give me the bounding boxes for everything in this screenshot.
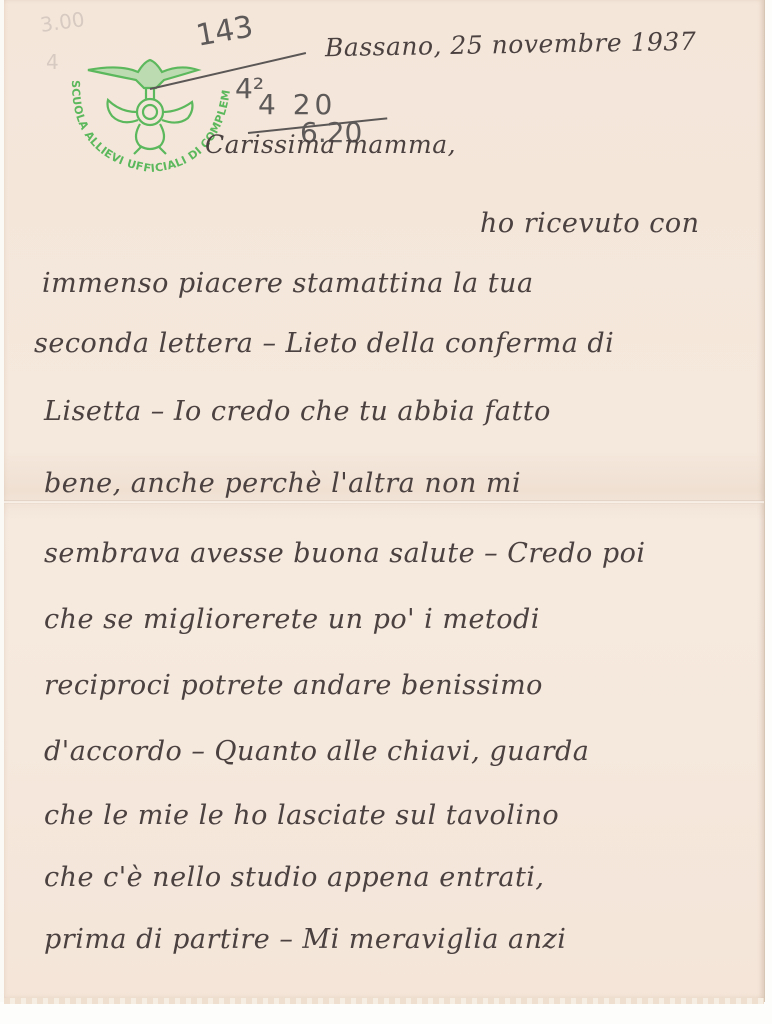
letter-line: immenso piacere stamattina la tua (42, 268, 534, 299)
letter-line: prima di partire – Mi meraviglia anzi (44, 924, 566, 955)
letter-line: sembrava avesse buona salute – Credo poi (44, 538, 646, 569)
letter-line: che se migliorerete un po' i metodi (44, 604, 540, 635)
eagle-over-hunting-horn-icon: SCUOLA ALLIEVI UFFICIALI DI COMPLEMENTO (60, 50, 240, 190)
letter-line: bene, anche perchè l'altra non mi (44, 468, 521, 499)
letter-line: che le mie le ho lasciate sul tavolino (44, 800, 559, 831)
paper-fold-line (4, 500, 764, 504)
letterhead-stamp: SCUOLA ALLIEVI UFFICIALI DI COMPLEMENTO (60, 50, 240, 190)
letter-line: Lisetta – Io credo che tu abbia fatto (44, 396, 551, 427)
letter-line: reciproci potrete andare benissimo (44, 670, 543, 701)
letter-line: che c'è nello studio appena entrati, (44, 862, 545, 893)
paper-bottom-edge (4, 998, 764, 1004)
letter-line: seconda lettera – Lieto della conferma d… (34, 328, 614, 359)
faint-pencil-note-2: 4 (46, 50, 59, 74)
letter-line: d'accordo – Quanto alle chiavi, guarda (44, 736, 589, 767)
letter-salutation: Carissima mamma, (205, 130, 456, 159)
letter-line: ho ricevuto con (480, 208, 699, 239)
